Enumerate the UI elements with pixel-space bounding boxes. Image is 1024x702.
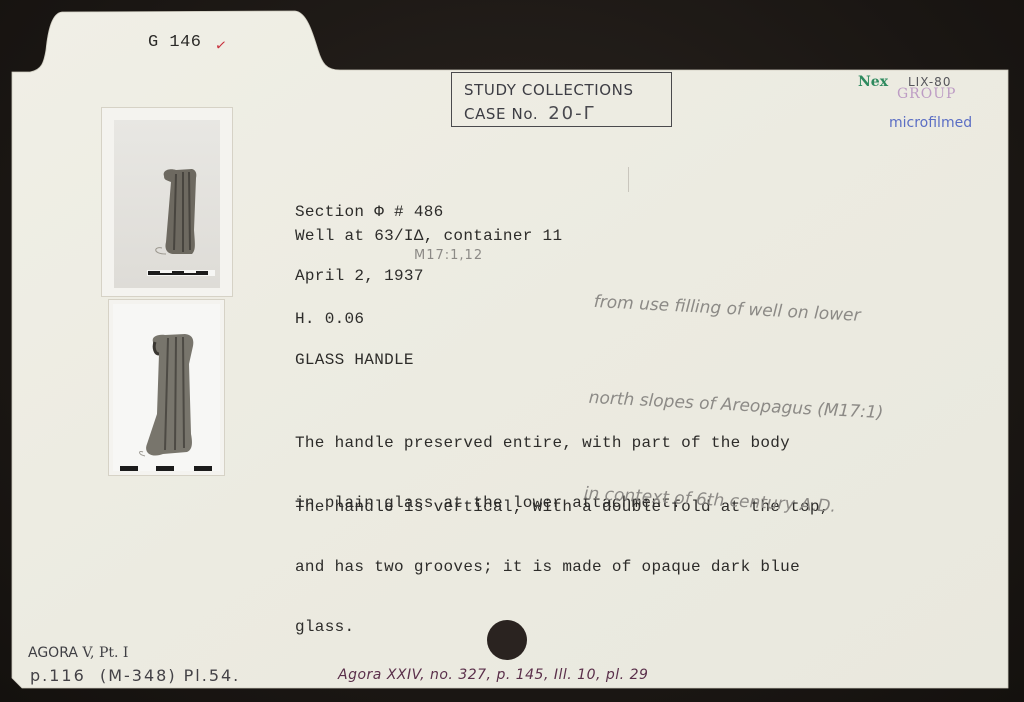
description-line: glass. bbox=[295, 617, 830, 637]
stamp-title: STUDY COLLECTIONS bbox=[464, 81, 634, 99]
object-title: GLASS HANDLE bbox=[295, 350, 414, 370]
description-line: and has two grooves; it is made of opaqu… bbox=[295, 557, 830, 577]
agora-label: AGORA bbox=[28, 645, 82, 661]
note-line: in context of 6th century A.D. bbox=[583, 478, 879, 525]
agora-volume: V, Pt. I bbox=[82, 645, 128, 661]
object-photo-2 bbox=[108, 299, 225, 476]
photo-print bbox=[114, 120, 220, 288]
check-mark-icon: ✓ bbox=[214, 37, 228, 54]
note-line: from use filling of well on lower bbox=[593, 286, 889, 333]
deposit-note: M17:1,12 bbox=[414, 248, 483, 263]
microfilmed-stamp: microfilmed bbox=[889, 115, 972, 131]
agora-reference: AGORA V, Pt. I bbox=[28, 645, 128, 661]
case-label: CASE No. bbox=[464, 105, 538, 123]
handwritten-context-note: from use filling of well on lower north … bbox=[581, 222, 892, 557]
pencil-mark bbox=[628, 167, 629, 192]
section-number: Section Φ # 486 bbox=[295, 202, 444, 222]
photo-print bbox=[113, 304, 220, 471]
excavation-date: April 2, 1937 bbox=[295, 266, 424, 286]
pen-reference: Agora XXIV, no. 327, p. 145, Ill. 10, pl… bbox=[338, 667, 648, 683]
group-stamp: GROUP bbox=[897, 86, 956, 102]
punch-hole bbox=[487, 620, 527, 660]
study-collections-stamp: STUDY COLLECTIONS CASE No.20-Γ bbox=[451, 72, 672, 127]
stamp-case-line: CASE No.20-Γ bbox=[464, 103, 596, 124]
dimension: H. 0.06 bbox=[295, 309, 364, 329]
catalog-number: G 146 bbox=[148, 33, 202, 52]
nex-stamp: Nex bbox=[858, 74, 888, 90]
object-photo-1 bbox=[101, 107, 233, 297]
note-line: north slopes of Areopagus (M17:1) bbox=[588, 382, 884, 429]
case-number: 20-Γ bbox=[548, 103, 595, 124]
findspot: Well at 63/IΔ, container 11 bbox=[295, 226, 562, 246]
glass-handle-image bbox=[113, 304, 220, 471]
glass-handle-image bbox=[114, 120, 220, 288]
pencil-reference: p.116 (M-348) Pl.54. bbox=[30, 666, 240, 685]
